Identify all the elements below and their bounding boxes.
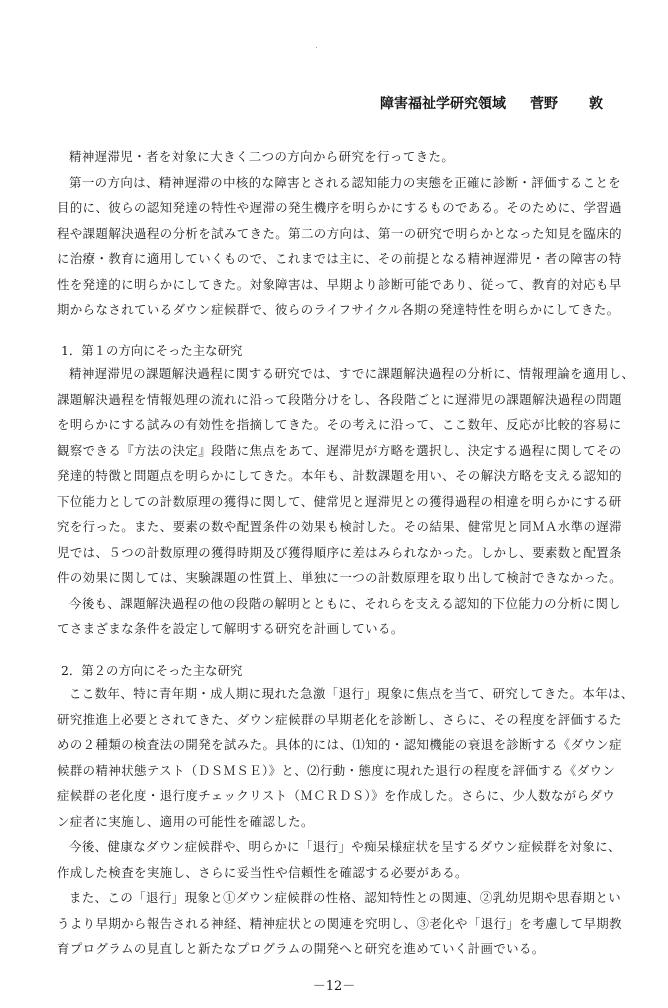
intro-line: 目的に、彼らの認知発達の特性や遅滞の発生機序を明らかにするものである。そのために…	[57, 200, 617, 216]
section2-line: 今後、健康なダウン症候群や、明らかに「退行」や痴呆様症状を呈するダウン症候群を対…	[69, 839, 617, 855]
section1-line: 今後も、課題解決過程の他の段階の解明とともに、それらを支える認知的下位能力の分析…	[69, 596, 617, 612]
document-page: 障害福祉学研究領域 菅野 敦 精神遅滞児・者を対象に大きく二つの方向から研究を行…	[0, 0, 668, 1008]
intro-line: 程や課題解決過程の分析を試みてきた。第二の方向は、第一の研究で明らかとなった知見…	[57, 226, 617, 242]
page-number: －12－	[0, 975, 668, 994]
section1-heading: 1．第１の方向にそった主な研究	[61, 343, 242, 359]
section1-line: 発達的特徴と問題点を明らかにしてきた。本年も、計数課題を用い、その解決方略を支え…	[57, 468, 617, 484]
section2-line: また、この「退行」現象と①ダウン症候群の性格、認知特性との関連、②乳幼児期や思春…	[69, 890, 617, 906]
section1-line: 観察できる『方法の決定』段階に焦点をあて、遅滞児が方略を選択し、決定する過程に関…	[57, 443, 617, 459]
section2-line: 候群の精神状態テスト（ＤＳＭＳＥ）》と、⑵行動・態度に現れた退行の程度を評価する…	[57, 763, 617, 779]
section2-line: 作成した検査を実施し、さらに妥当性や信頼性を確認する必要がある。	[57, 865, 617, 881]
section2-line: 研究推進上必要とされてきた、ダウン症候群の早期老化を診断し、さらに、その程度を評…	[57, 712, 617, 728]
author-surname: 菅野	[530, 93, 558, 113]
author-given-name: 敦	[589, 93, 603, 113]
section2-line: ここ数年、特に青年期・成人期に現れた急激「退行」現象に焦点を当て、研究してきた。…	[69, 686, 617, 702]
intro-line: 精神遅滞児・者を対象に大きく二つの方向から研究を行ってきた。	[69, 149, 617, 165]
section1-line: 課題解決過程を情報処理の流れに沿って段階分けをし、各段階ごとに遅滞児の課題解決過…	[57, 392, 617, 408]
intro-line: 第一の方向は、精神遅滞の中核的な障害とされる認知能力の実態を正確に診断・評価する…	[69, 175, 617, 191]
section1-line: 児では、５つの計数原理の獲得時期及び獲得順序に差はみられなかった。しかし、要素数…	[57, 545, 617, 561]
intro-line: 期からなされているダウン症候群で、彼らのライフサイクル各期の発達特性を明らかにし…	[57, 302, 617, 318]
intro-line: 性を発達的に明らかにしてきた。対象障害は、早期より診断可能であり、従って、教育的…	[57, 277, 617, 293]
section2-heading: 2．第２の方向にそった主な研究	[61, 663, 242, 679]
section2-line: 症候群の老化度・退行度チェックリスト（ＭＣＲＤＳ）》を作成した。さらに、少人数な…	[57, 788, 617, 804]
section2-line: うより早期から報告される神経、精神症状との関連を究明し、③老化や「退行」を考慮し…	[57, 916, 617, 932]
department-name: 障害福祉学研究領域	[380, 93, 506, 113]
section1-line: 下位能力としての計数原理の獲得に関して、健常児と遅滞児との獲得過程の相違を明らか…	[57, 494, 617, 510]
section2-line: めの２種類の検査法の開発を試みた。具体的には、⑴知的・認知機能の衰退を診断する《…	[57, 737, 617, 753]
intro-line: に治療・教育に適用していくもので、これまでは主に、その前提となる精神遅滞児・者の…	[57, 251, 617, 267]
section1-line: を明らかにする試みの有効性を指摘してきた。その考えに沿って、ここ数年、反応が比較…	[57, 417, 617, 433]
section2-line: ン症者に実施し、適用の可能性を確認した。	[57, 814, 617, 830]
section1-line: てさまざまな条件を設定して解明する研究を計画している。	[57, 621, 617, 637]
section1-line: 究を行った。また、要素の数や配置条件の効果も検討した。その結果、健常児と同ＭＡ水…	[57, 519, 617, 535]
section1-line: 精神遅滞児の課題解決過程に関する研究では、すでに課題解決過程の分析に、情報理論を…	[69, 366, 617, 382]
section1-line: 件の効果に関しては、実験課題の性質上、単独に一つの計数原理を取り出して検討できな…	[57, 570, 617, 586]
scan-speck	[316, 47, 317, 48]
section2-line: 育プログラムの見直しと新たなプログラムの開発へと研究を進めていく計画でいる。	[57, 941, 617, 957]
